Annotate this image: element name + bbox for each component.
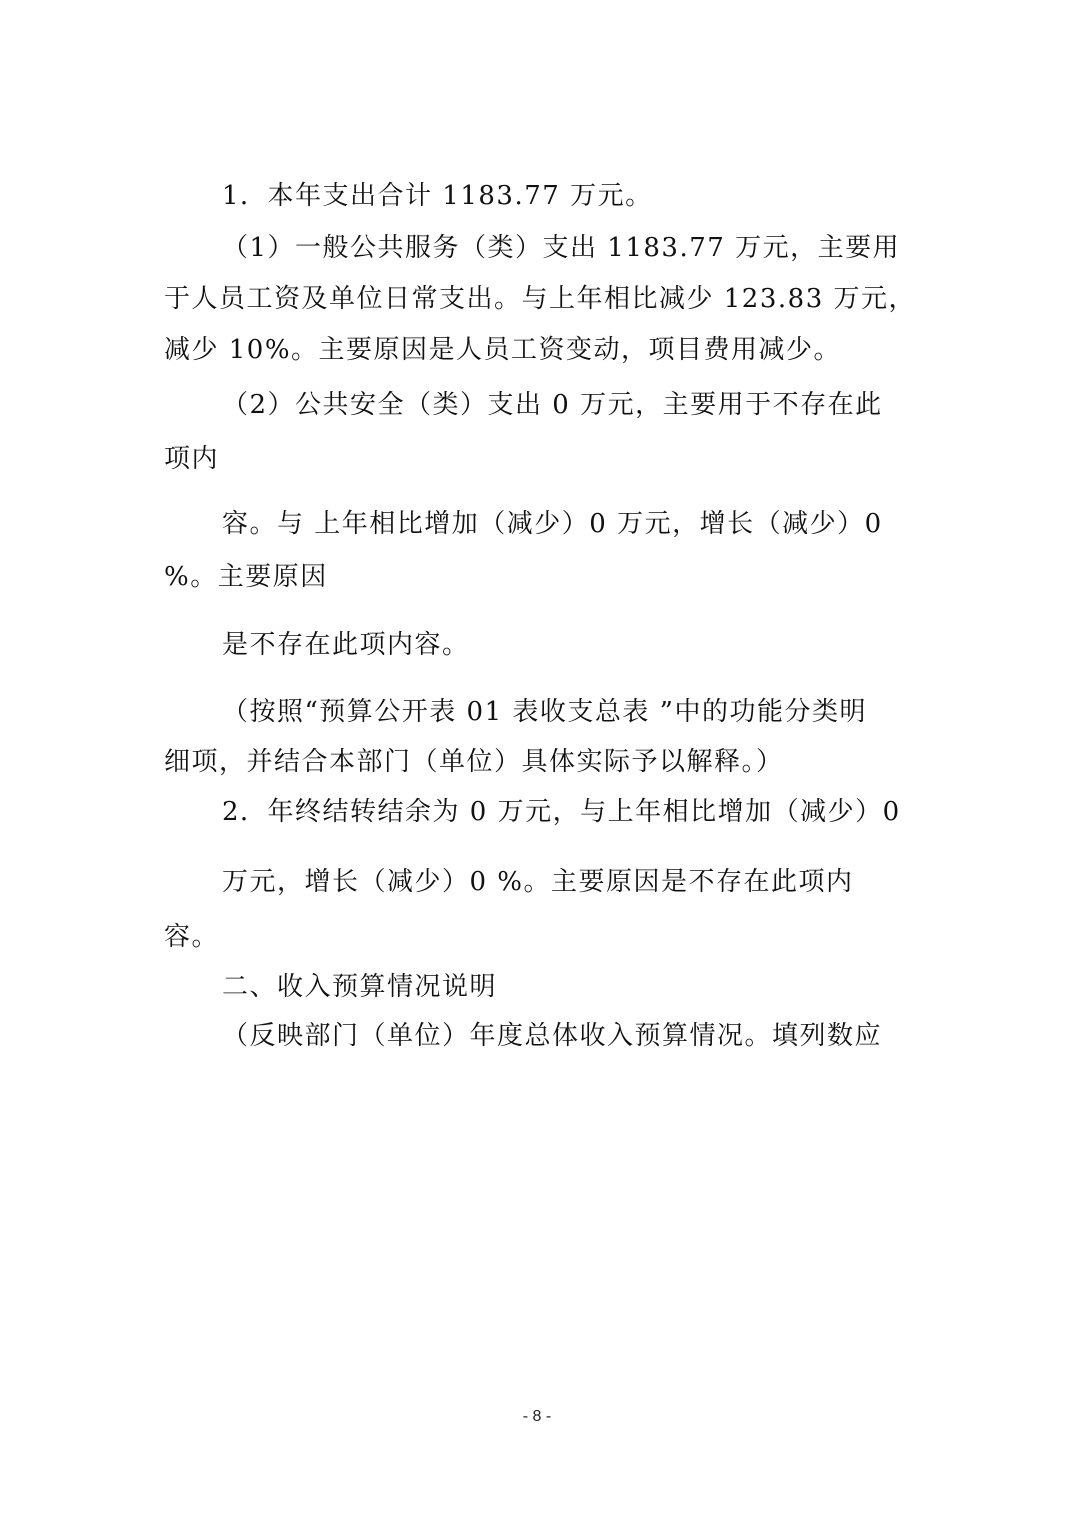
paragraph-line: 减少 10%。主要原因是人员工资变动，项目费用减少。: [164, 334, 841, 366]
paragraph-line: 于人员工资及单位日常支出。与上年相比减少 123.83 万元，: [164, 283, 916, 315]
page-number: - 8 -: [0, 1408, 1074, 1426]
paragraph-line: 容。与 上年相比增加（减少）0 万元，增长（减少）0: [222, 508, 883, 540]
paragraph-line: 细项，并结合本部门（单位）具体实际予以解释。）: [164, 746, 784, 778]
paragraph-line: 项内: [164, 443, 219, 475]
section-heading: 二、收入预算情况说明: [222, 971, 497, 1003]
paragraph-line: 是不存在此项内容。: [222, 629, 470, 661]
paragraph-line: 容。: [164, 921, 219, 953]
paragraph-line: %。主要原因: [164, 561, 328, 593]
paragraph-line: （反映部门（单位）年度总体收入预算情况。填列数应: [222, 1020, 882, 1052]
paragraph-line: （1）一般公共服务（类）支出 1183.77 万元，主要用: [222, 232, 900, 264]
paragraph-line: 万元，增长（减少）0 %。主要原因是不存在此项内: [222, 866, 854, 898]
paragraph-line: （2）公共安全（类）支出 0 万元，主要用于不存在此: [222, 389, 883, 421]
paragraph-line: （按照“预算公开表 01 表收支总表 ”中的功能分类明: [222, 696, 867, 728]
paragraph-line: 2．年终结转结余为 0 万元，与上年相比增加（减少）0: [222, 796, 901, 828]
paragraph-line: 1．本年支出合计 1183.77 万元。: [222, 180, 653, 212]
